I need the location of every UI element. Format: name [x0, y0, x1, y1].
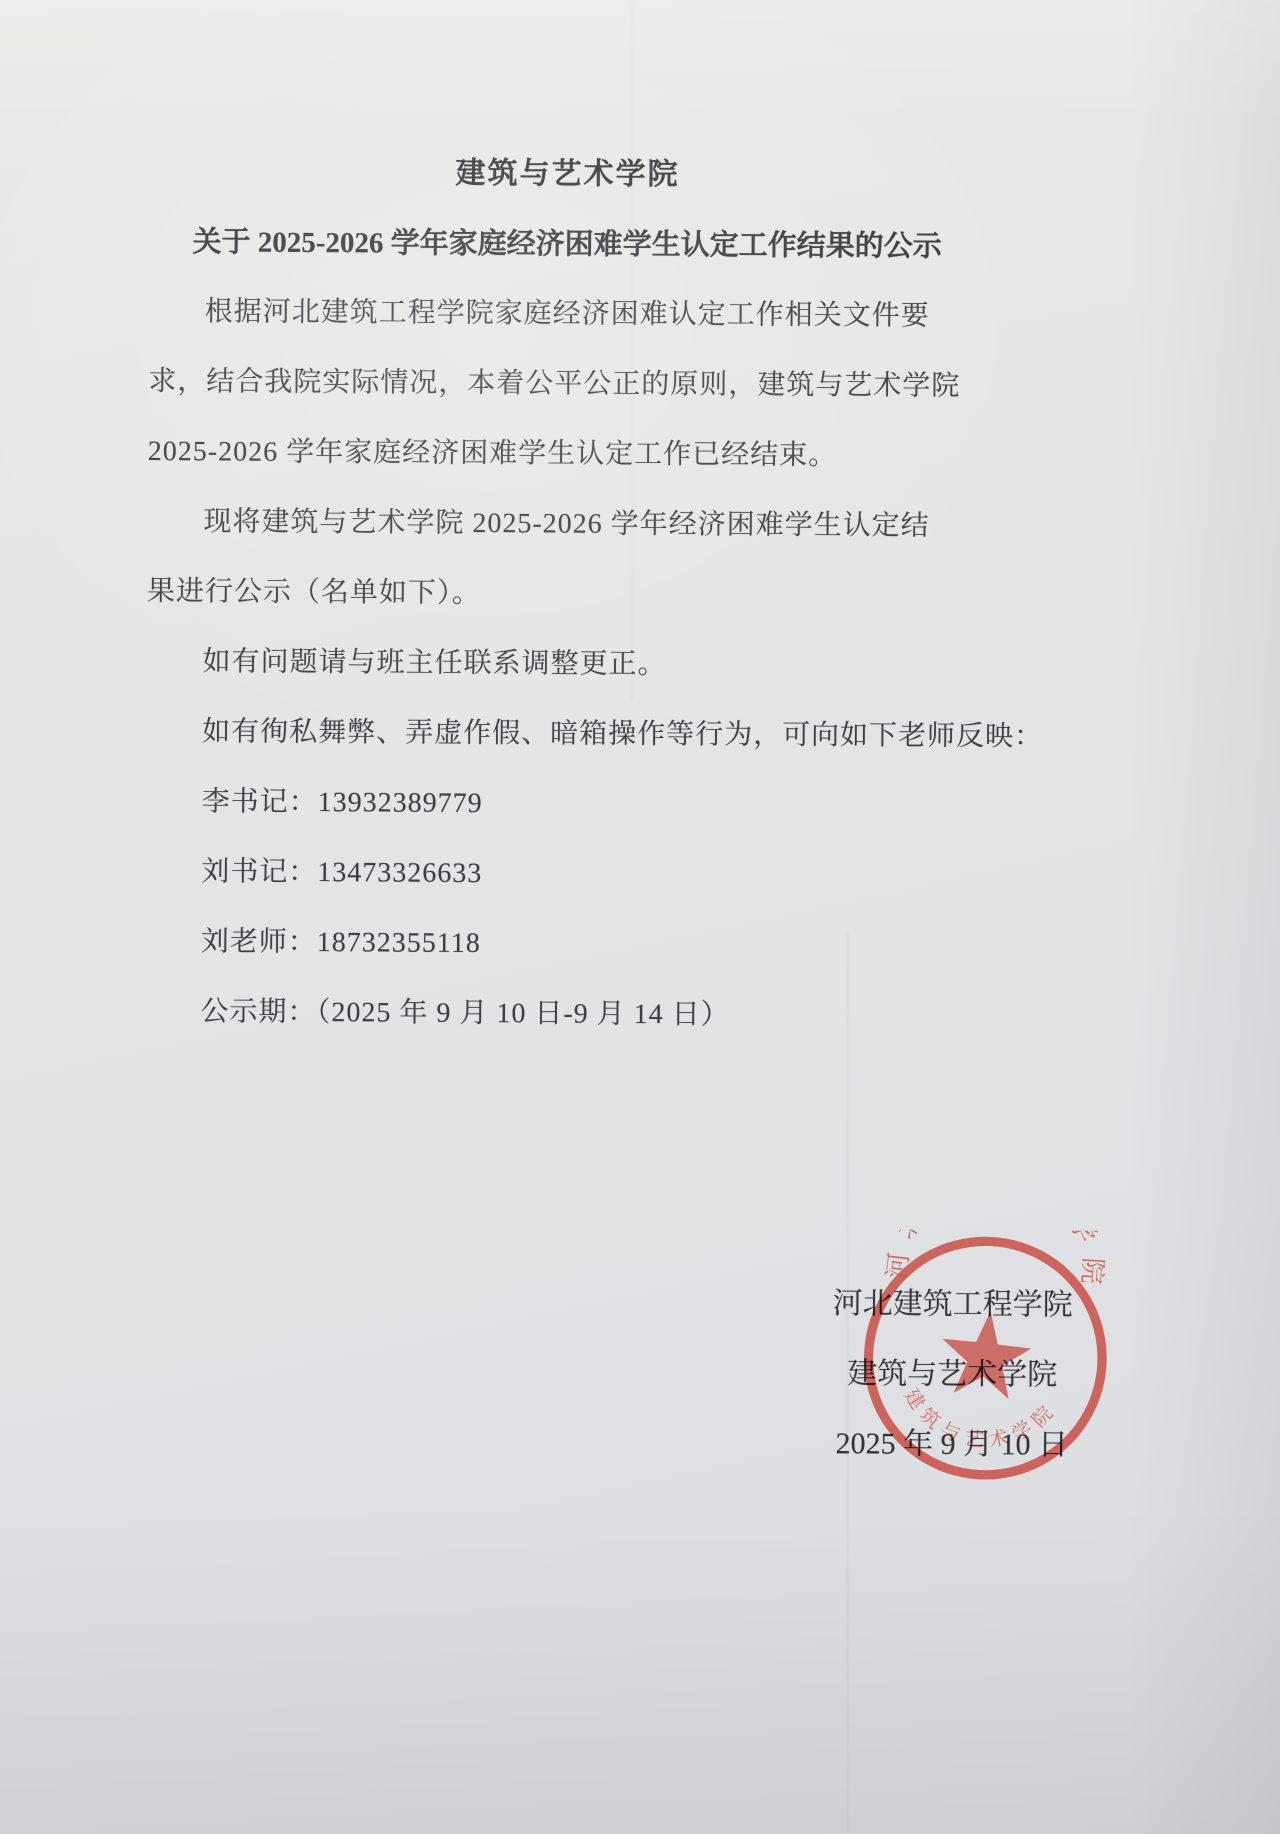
seal-graphics: 河北建筑工程学院 建筑与艺术学院	[857, 1229, 1115, 1487]
seal-star	[937, 1306, 1035, 1401]
body-line: 求，结合我院实际情况，本着公平公正的原则，建筑与艺术学院	[148, 347, 984, 422]
body-line: 根据河北建筑工程学院家庭经济困难认定工作相关文件要	[148, 277, 984, 352]
doc-subtitle: 关于 2025-2026 学年家庭经济困难学生认定工作结果的公示	[149, 207, 985, 282]
notice-text-column: 建筑与艺术学院 关于 2025-2026 学年家庭经济困难学生认定工作结果的公示…	[144, 137, 986, 1052]
document-photo: 建筑与艺术学院 关于 2025-2026 学年家庭经济困难学生认定工作结果的公示…	[0, 0, 1280, 1834]
contact-line: 李书记：13932389779	[145, 767, 981, 842]
publicity-period-line: 公示期：（2025 年 9 月 10 日-9 月 14 日）	[144, 977, 980, 1052]
body-line: 果进行公示（名单如下）。	[147, 557, 983, 632]
body-line: 2025-2026 学年家庭经济困难学生认定工作已经结束。	[148, 417, 984, 492]
body-line: 如有徇私舞弊、弄虚作假、暗箱操作等行为，可向如下老师反映：	[146, 697, 982, 772]
contact-line: 刘老师：18732355118	[145, 907, 981, 982]
paper-sheet: 建筑与艺术学院 关于 2025-2026 学年家庭经济困难学生认定工作结果的公示…	[0, 0, 1280, 1834]
body-line: 现将建筑与艺术学院 2025-2026 学年经济困难学生认定结	[147, 487, 983, 562]
doc-title: 建筑与艺术学院	[149, 137, 985, 212]
body-line: 如有问题请与班主任联系调整更正。	[146, 627, 982, 702]
seal-arc-text-bottom: 建筑与艺术学院	[895, 1381, 1064, 1460]
contact-line: 刘书记：13473326633	[145, 837, 981, 912]
official-seal-stamp: 河北建筑工程学院 建筑与艺术学院	[857, 1229, 1115, 1487]
